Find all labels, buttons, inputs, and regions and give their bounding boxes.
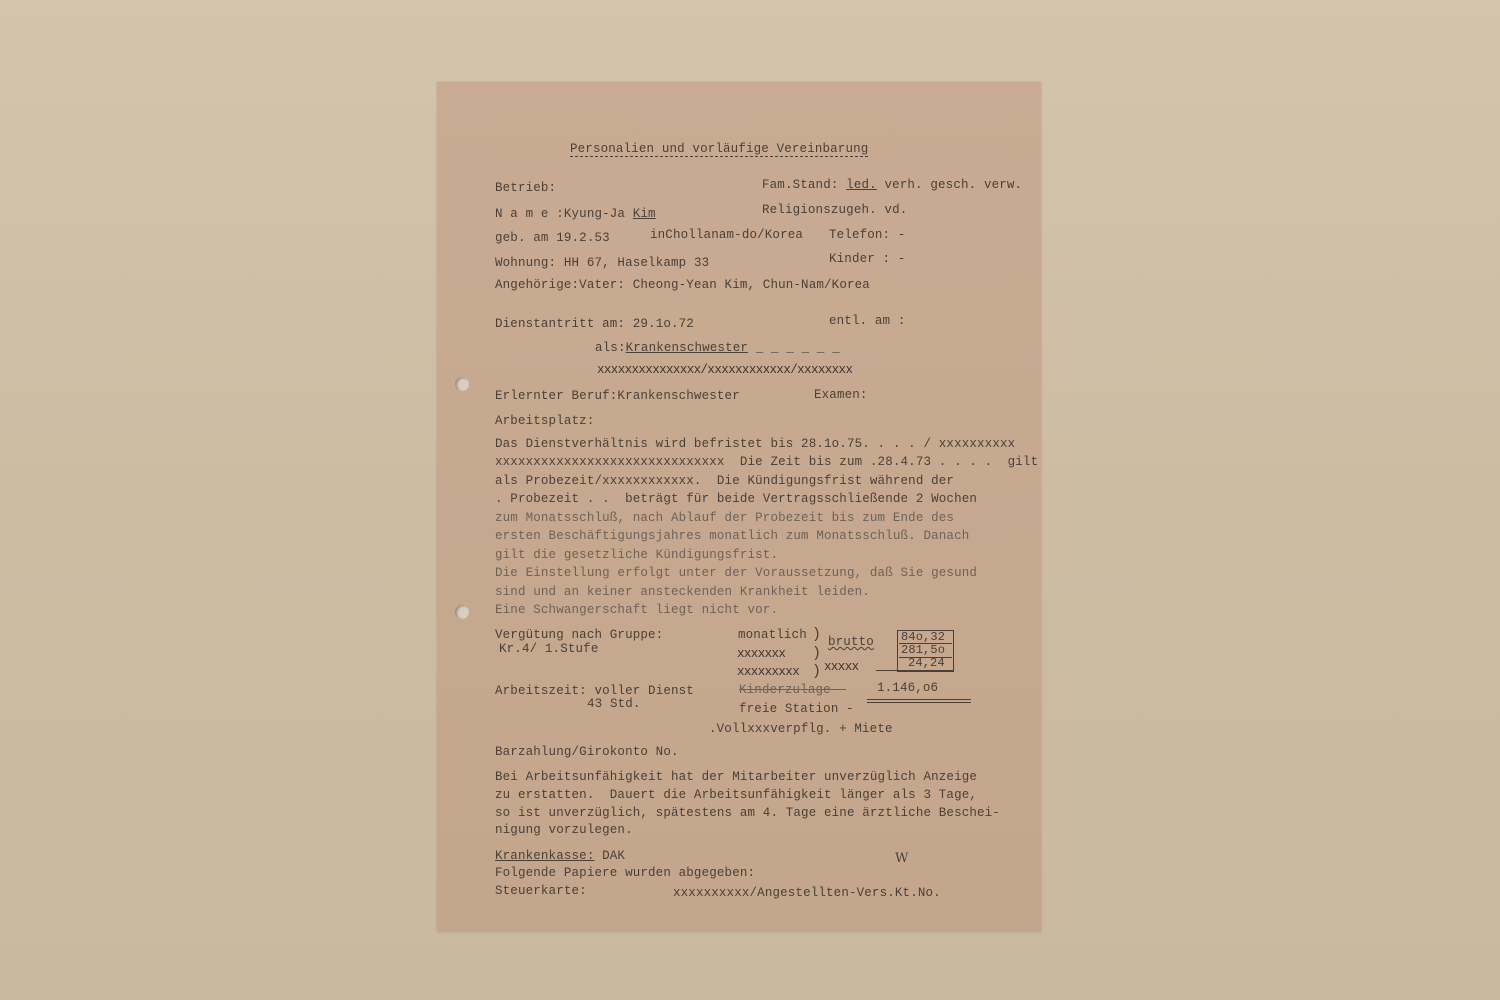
document-page: Personalien und vorläufige Vereinbarung … [437,82,1041,932]
brutto-label: brutto [828,635,874,649]
paragraph-line: ersten Beschäftigungsjahres monatlich zu… [495,529,969,543]
birth-label: geb. am [495,231,549,245]
als-value: Krankenschwester [626,341,748,355]
paragraph-line: nigung vorzulegen. [495,823,633,837]
steuerkarte-value: xxxxxxxxxx/Angestellten-Vers.Kt.No. [673,886,941,900]
beruf-field: Erlernter Beruf:Krankenschwester [495,389,740,403]
crossed-out-line: xxxxxxxxxxxxxxx/xxxxxxxxxxxx/xxxxxxxx [597,363,852,377]
name-label: N a m e : [495,207,564,221]
total-amount: 1.146,o6 [877,681,938,695]
examen-field: Examen: [814,388,868,402]
amount: 24,24 [908,656,945,670]
paragraph-line: Das Dienstverhältnis wird befristet bis … [495,437,1015,451]
dienstantritt-field: Dienstantritt am: 29.1o.72 [495,317,694,331]
paragraph-line: Die Einstellung erfolgt unter der Voraus… [495,566,977,580]
sum-line [876,670,953,671]
arbeitszeit-hours: 43 Std. [587,697,641,711]
fam-stand-option: verw. [984,178,1022,192]
arbeitsplatz-field: Arbeitsplatz: [495,414,594,428]
paragraph-line: Bei Arbeitsunfähigkeit hat der Mitarbeit… [495,770,977,784]
arbeitszeit-value: voller Dienst [594,684,693,698]
brace: ) [812,663,821,680]
krankenkasse-label: Krankenkasse: [495,849,594,863]
handwritten-initial: W [895,852,909,866]
krankenkasse-value: DAK [602,849,625,863]
als-field: als:Krankenschwester _ _ _ _ _ _ [595,341,840,355]
fam-stand-label: Fam.Stand: [762,178,839,192]
crossed-out-label: xxxxxxxxx [737,665,799,679]
angehoerige-value: Vater: Cheong-Yean Kim, Chun-Nam/Korea [579,278,870,292]
punch-hole [455,605,469,619]
als-dashes: _ _ _ _ _ _ [756,341,840,355]
paragraph-line: zum Monatsschluß, nach Ablauf der Probez… [495,511,954,525]
steuerkarte-label: Steuerkarte: [495,884,587,898]
paragraph-line: zu erstatten. Dauert die Arbeitsunfähigk… [495,788,977,802]
fam-stand-option: verh. [884,178,922,192]
amount: 84o,32 [901,630,945,644]
double-underline [867,699,971,700]
wohnung-value: HH 67, Haselkamp 33 [564,256,709,270]
birth-field: geb. am 19.2.53 [495,231,610,245]
arbeitszeit-field: Arbeitszeit: voller Dienst [495,684,694,698]
paragraph-line: gilt die gesetzliche Kündigungsfrist. [495,548,778,562]
paragraph-line: Eine Schwangerschaft liegt nicht vor. [495,603,778,617]
angehoerige-field: Angehörige:Vater: Cheong-Yean Kim, Chun-… [495,278,870,292]
document-title: Personalien und vorläufige Vereinbarung [570,142,868,157]
name-last: Kim [633,207,656,221]
paragraph-line: so ist unverzüglich, spätestens am 4. Ta… [495,806,1000,820]
name-first: Kyung-Ja [564,207,625,221]
crossed-out-label: xxxxxxx [737,647,785,661]
birth-date: 19.2.53 [556,231,610,245]
angehoerige-label: Angehörige: [495,278,579,292]
dienstantritt-label: Dienstantritt am: [495,317,625,331]
netto-crossed-out: xxxxx [824,660,859,674]
kinderzulage-struck: Kinderzulage - [739,683,846,697]
brace: ) [812,645,821,662]
freie-station-line: freie Station - [739,702,854,716]
paragraph-line: . Probezeit . . beträgt für beide Vertra… [495,492,977,506]
double-underline [867,702,971,703]
papiere-line: Folgende Papiere wurden abgegeben: [495,866,755,880]
vollverpflegung-line: .Vollxxxverpflg. + Miete [709,722,893,736]
verguetung-label: Vergütung nach Gruppe: [495,628,663,642]
birth-place: inChollanam-do/Korea [650,228,803,242]
punch-hole [455,377,469,391]
arbeitszeit-label: Arbeitszeit: [495,684,587,698]
beruf-value: Krankenschwester [617,389,739,403]
monatlich-label: monatlich [738,628,807,642]
paragraph-line: als Probezeit/xxxxxxxxxxxx. Die Kündigun… [495,474,954,488]
betrieb-label: Betrieb: [495,181,556,195]
krankenkasse-field: Krankenkasse: DAK [495,849,625,863]
fam-stand-field: Fam.Stand: led. verh. gesch. verw. [762,178,1022,192]
dienstantritt-value: 29.1o.72 [633,317,694,331]
wohnung-label: Wohnung: [495,256,556,270]
religion-field: Religionszugeh. vd. [762,203,907,217]
paragraph-line: sind und an keiner ansteckenden Krankhei… [495,585,870,599]
beruf-label: Erlernter Beruf: [495,389,617,403]
kinder-field: Kinder : - [829,252,906,266]
verguetung-value: Kr.4/ 1.Stufe [499,642,598,656]
als-label: als: [595,341,626,355]
wohnung-field: Wohnung: HH 67, Haselkamp 33 [495,256,709,270]
brace: ) [812,626,821,643]
barzahlung-field: Barzahlung/Girokonto No. [495,745,679,759]
paragraph-line: xxxxxxxxxxxxxxxxxxxxxxxxxxxxxx Die Zeit … [495,455,1038,469]
telefon-field: Telefon: - [829,228,906,242]
amount: 281,5o [901,643,945,657]
kinderzulage-line: Kinderzulage - [739,683,846,697]
entl-field: entl. am : [829,314,906,328]
name-field: N a m e :Kyung-Ja Kim [495,207,656,221]
fam-stand-selected: led. [846,178,877,192]
fam-stand-option: gesch. [930,178,976,192]
